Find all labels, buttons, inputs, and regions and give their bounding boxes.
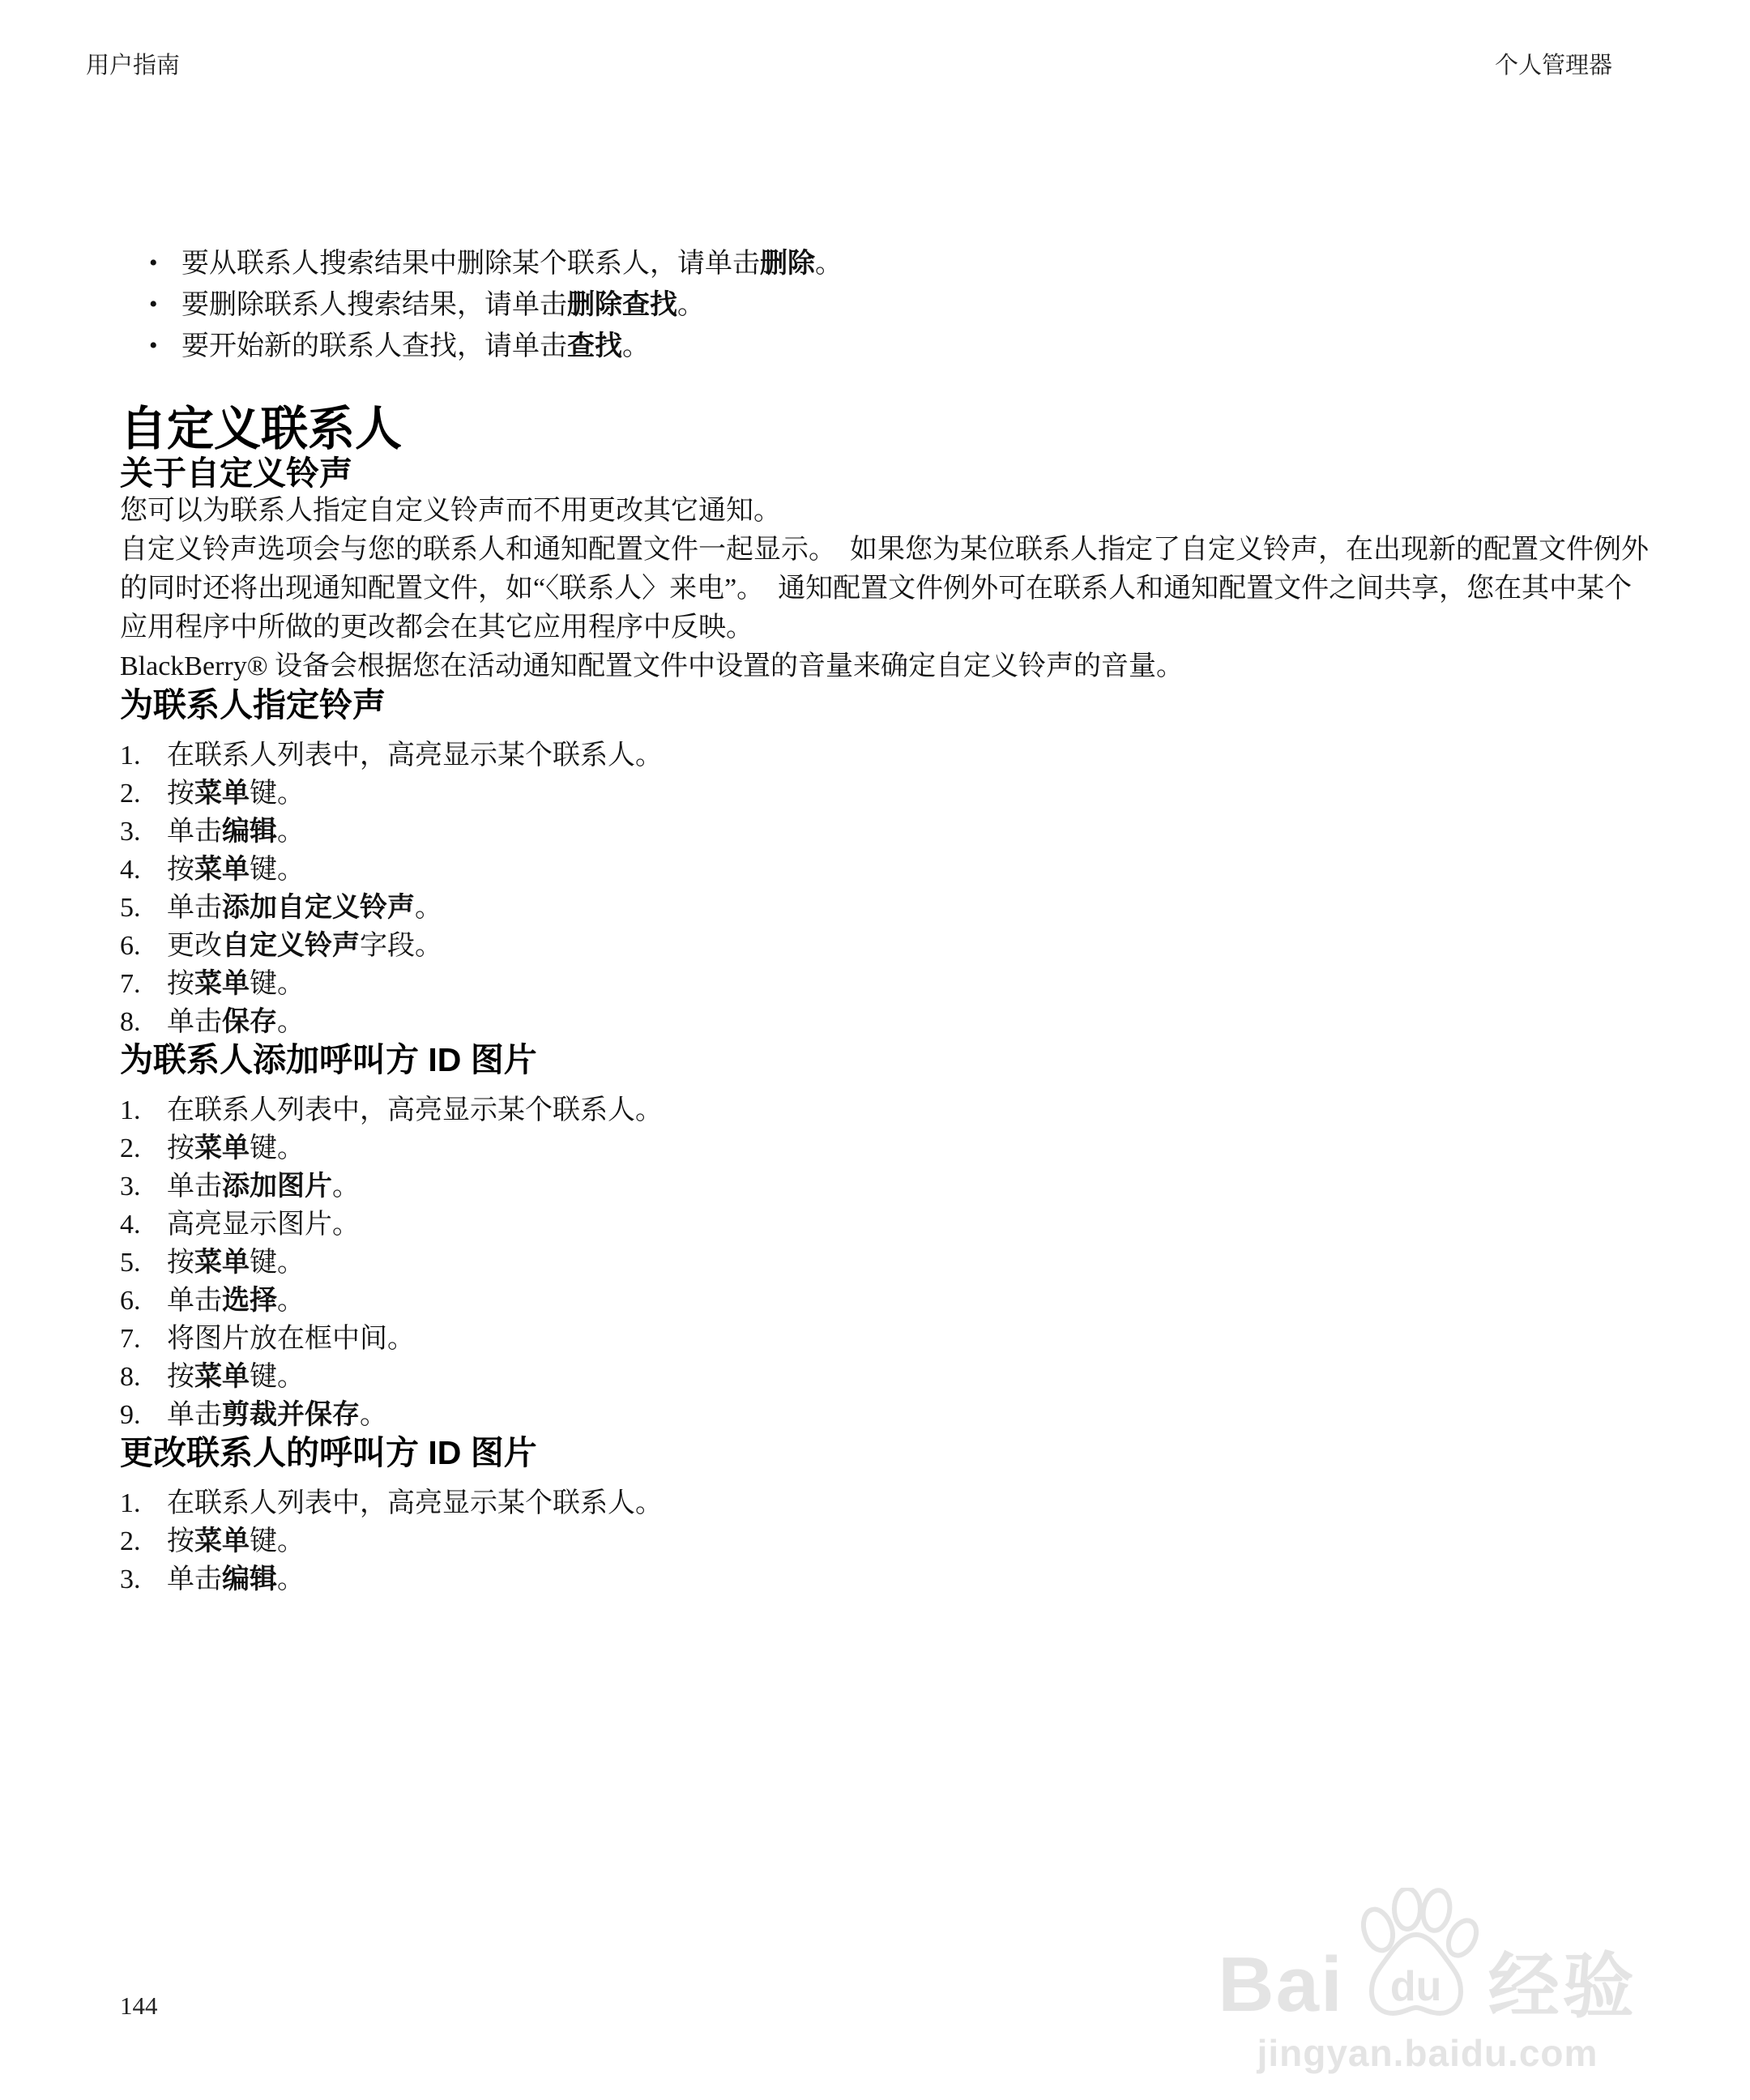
steps-assign-ringtone: 1.在联系人列表中，高亮显示某个联系人。2.按菜单键。3.单击编辑。4.按菜单键… [120,736,1653,1041]
list-item-text: 将图片放在框中间。 [167,1320,415,1358]
step-item: 1.在联系人列表中，高亮显示某个联系人。 [120,1484,1653,1522]
section-heading-add-caller-id-picture: 为联系人添加呼叫方 ID 图片 [120,1041,1653,1078]
paragraph-about-1: 您可以为联系人指定自定义铃声而不用更改其它通知。 [120,492,1653,531]
step-number: 2. [120,1522,167,1560]
bullet-item: 要从联系人搜索结果中删除某个联系人，请单击删除。 [149,243,1653,284]
list-item-text: 在联系人列表中，高亮显示某个联系人。 [167,736,663,775]
section-heading-about-custom-ringtones: 关于自定义铃声 [120,455,1653,492]
list-item-text: 按菜单键。 [167,851,305,889]
list-item-text: 更改自定义铃声字段。 [167,927,442,965]
list-item-text: 高亮显示图片。 [167,1206,360,1244]
step-number: 8. [120,1358,167,1396]
step-number: 2. [120,775,167,813]
watermark-brand-chinese: 经验 [1488,1949,1637,2024]
step-number: 3. [120,813,167,851]
step-item: 1.在联系人列表中，高亮显示某个联系人。 [120,736,1653,775]
step-number: 6. [120,927,167,965]
step-number: 9. [120,1396,167,1434]
step-number: 2. [120,1129,167,1167]
step-number: 5. [120,1244,167,1282]
step-number: 7. [120,1320,167,1358]
list-item-text: 要从联系人搜索结果中删除某个联系人，请单击删除。 [181,243,843,284]
list-item-text: 单击剪裁并保存。 [167,1396,387,1434]
step-number: 6. [120,1282,167,1320]
step-item: 2.按菜单键。 [120,775,1653,813]
step-item: 9.单击剪裁并保存。 [120,1396,1653,1434]
step-number: 1. [120,1091,167,1129]
step-item: 2.按菜单键。 [120,1522,1653,1560]
step-item: 3.单击添加图片。 [120,1167,1653,1206]
list-item-text: 单击编辑。 [167,1560,305,1598]
step-item: 4.高亮显示图片。 [120,1206,1653,1244]
document-page: 用户指南 个人管理器 要从联系人搜索结果中删除某个联系人，请单击删除。要删除联系… [0,0,1750,2100]
bullet-item: 要删除联系人搜索结果，请单击删除查找。 [149,284,1653,326]
section-heading-change-caller-id-picture: 更改联系人的呼叫方 ID 图片 [120,1434,1653,1471]
step-number: 3. [120,1560,167,1598]
paragraph-about-2: 自定义铃声选项会与您的联系人和通知配置文件一起显示。 如果您为某位联系人指定了自… [120,531,1653,647]
list-item-text: 单击添加图片。 [167,1167,360,1206]
step-number: 7. [120,965,167,1003]
step-item: 7.按菜单键。 [120,965,1653,1003]
step-number: 8. [120,1003,167,1041]
step-number: 4. [120,851,167,889]
steps-change-caller-id-picture: 1.在联系人列表中，高亮显示某个联系人。2.按菜单键。3.单击编辑。 [120,1484,1653,1598]
steps-add-caller-id-picture: 1.在联系人列表中，高亮显示某个联系人。2.按菜单键。3.单击添加图片。4.高亮… [120,1091,1653,1434]
list-item-text: 按菜单键。 [167,1129,305,1167]
list-item-text: 单击添加自定义铃声。 [167,889,442,927]
page-number: 144 [120,1991,158,2021]
list-item-text: 按菜单键。 [167,1358,305,1396]
list-item-text: 单击选择。 [167,1282,305,1320]
section-heading-assign-ringtone: 为联系人指定铃声 [120,686,1653,723]
step-item: 5.按菜单键。 [120,1244,1653,1282]
baidu-jingyan-watermark: Bai du 经验 jingyan.baidu.com [1201,1888,1654,2074]
list-item-text: 按菜单键。 [167,1522,305,1560]
bullet-list: 要从联系人搜索结果中删除某个联系人，请单击删除。要删除联系人搜索结果，请单击删除… [149,243,1653,367]
step-item: 1.在联系人列表中，高亮显示某个联系人。 [120,1091,1653,1129]
baidu-paw-icon: du [1347,1888,1485,2024]
step-number: 3. [120,1167,167,1206]
step-item: 7.将图片放在框中间。 [120,1320,1653,1358]
step-item: 6.单击选择。 [120,1282,1653,1320]
watermark-brand-latin: Bai [1218,1946,1343,2024]
step-item: 8.按菜单键。 [120,1358,1653,1396]
watermark-url: jingyan.baidu.com [1201,2032,1654,2074]
step-number: 5. [120,889,167,927]
step-number: 1. [120,1484,167,1522]
bullet-item: 要开始新的联系人查找，请单击查找。 [149,326,1653,367]
list-item-text: 在联系人列表中，高亮显示某个联系人。 [167,1484,663,1522]
list-item-text: 按菜单键。 [167,965,305,1003]
document-content: 要从联系人搜索结果中删除某个联系人，请单击删除。要删除联系人搜索结果，请单击删除… [120,0,1653,1598]
step-item: 8.单击保存。 [120,1003,1653,1041]
watermark-paw-text: du [1390,1966,1442,2008]
list-item-text: 按菜单键。 [167,1244,305,1282]
step-item: 3.单击编辑。 [120,1560,1653,1598]
step-item: 3.单击编辑。 [120,813,1653,851]
step-number: 4. [120,1206,167,1244]
step-item: 2.按菜单键。 [120,1129,1653,1167]
list-item-text: 按菜单键。 [167,775,305,813]
paragraph-about-3: BlackBerry® 设备会根据您在活动通知配置文件中设置的音量来确定自定义铃… [120,647,1653,686]
step-item: 5.单击添加自定义铃声。 [120,889,1653,927]
step-item: 6.更改自定义铃声字段。 [120,927,1653,965]
page-title: 自定义联系人 [120,404,1653,455]
step-item: 4.按菜单键。 [120,851,1653,889]
list-item-text: 单击编辑。 [167,813,305,851]
list-item-text: 要开始新的联系人查找，请单击查找。 [181,326,650,367]
step-number: 1. [120,736,167,775]
list-item-text: 要删除联系人搜索结果，请单击删除查找。 [181,284,705,326]
list-item-text: 在联系人列表中，高亮显示某个联系人。 [167,1091,663,1129]
list-item-text: 单击保存。 [167,1003,305,1041]
